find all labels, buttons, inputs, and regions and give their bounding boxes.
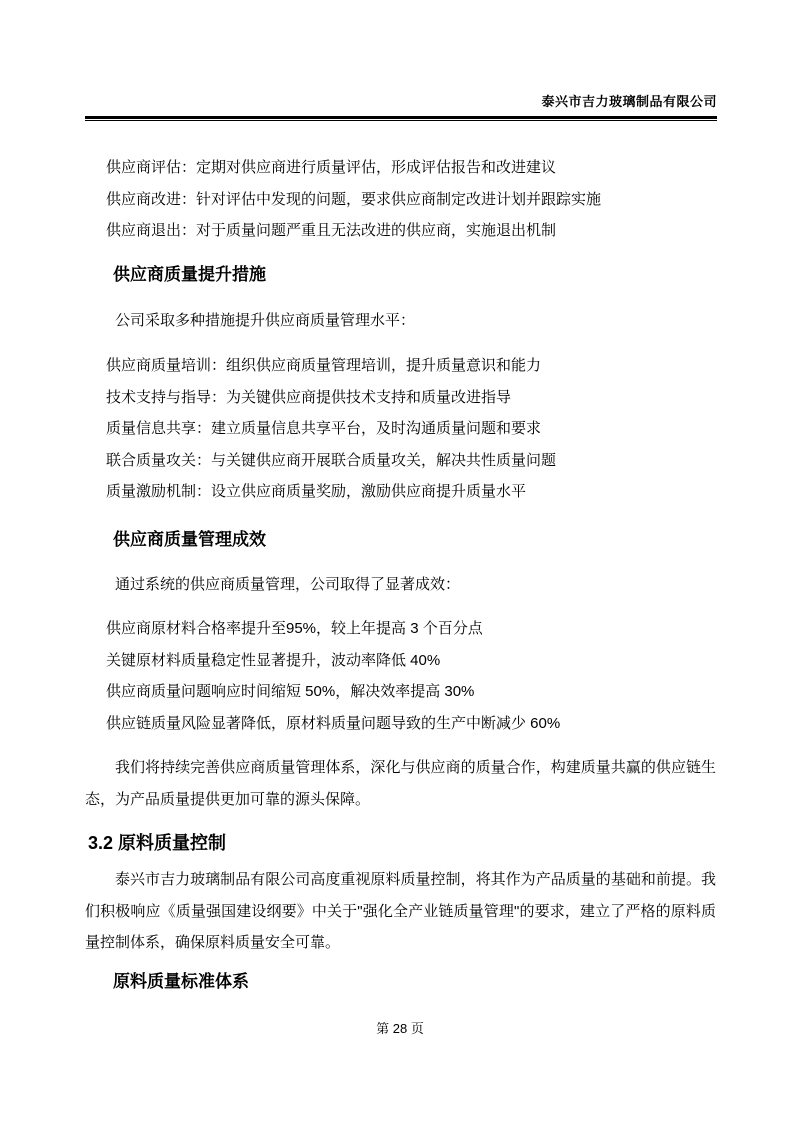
paragraph-section-3-2: 泰兴市吉力玻璃制品有限公司高度重视原料质量控制，将其作为产品质量的基础和前提。我… <box>85 864 716 959</box>
supplier-mechanism-list: 供应商评估：定期对供应商进行质量评估，形成评估报告和改进建议 供应商改进：针对评… <box>85 152 716 247</box>
list-item: 供应商改进：针对评估中发现的问题，要求供应商制定改进计划并跟踪实施 <box>85 184 716 216</box>
header-divider-rule-thin <box>85 120 717 121</box>
list-item: 供应商质量培训：组织供应商质量管理培训，提升质量意识和能力 <box>85 350 716 382</box>
list-item: 供应商质量问题响应时间缩短 50%，解决效率提高 30% <box>85 676 716 708</box>
improvement-measures-list: 供应商质量培训：组织供应商质量管理培训，提升质量意识和能力 技术支持与指导：为关… <box>85 350 716 508</box>
header-divider-rule <box>85 116 717 121</box>
heading-supplier-improvement: 供应商质量提升措施 <box>113 263 716 287</box>
heading-raw-material-standard: 原料质量标准体系 <box>113 970 716 994</box>
list-item: 技术支持与指导：为关键供应商提供技术支持和质量改进指导 <box>85 382 716 414</box>
document-body: 供应商评估：定期对供应商进行质量评估，形成评估报告和改进建议 供应商改进：针对评… <box>85 140 716 994</box>
paragraph-improvement-intro: 公司采取多种措施提升供应商质量管理水平： <box>85 305 716 337</box>
list-item: 质量信息共享：建立质量信息共享平台，及时沟通质量问题和要求 <box>85 413 716 445</box>
document-page: 泰兴市吉力玻璃制品有限公司 供应商评估：定期对供应商进行质量评估，形成评估报告和… <box>0 0 800 1131</box>
list-item: 供应商退出：对于质量问题严重且无法改进的供应商，实施退出机制 <box>85 215 716 247</box>
list-item: 质量激励机制：设立供应商质量奖励，激励供应商提升质量水平 <box>85 476 716 508</box>
list-item: 供应商原材料合格率提升至95%，较上年提高 3 个百分点 <box>85 613 716 645</box>
paragraph-results-intro: 通过系统的供应商质量管理，公司取得了显著成效： <box>85 569 716 601</box>
list-item: 联合质量攻关：与关键供应商开展联合质量攻关，解决共性质量问题 <box>85 445 716 477</box>
list-item: 供应商评估：定期对供应商进行质量评估，形成评估报告和改进建议 <box>85 152 716 184</box>
list-item: 关键原材料质量稳定性显著提升，波动率降低 40% <box>85 645 716 677</box>
paragraph-results-closing: 我们将持续完善供应商质量管理体系，深化与供应商的质量合作，构建质量共赢的供应链生… <box>85 752 716 815</box>
list-item: 供应链质量风险显著降低，原材料质量问题导致的生产中断减少 60% <box>85 708 716 740</box>
heading-section-3-2: 3.2 原料质量控制 <box>88 830 716 856</box>
page-header-company: 泰兴市吉力玻璃制品有限公司 <box>85 93 717 111</box>
page-number: 第 28 页 <box>0 1021 800 1037</box>
heading-supplier-results: 供应商质量管理成效 <box>113 528 716 552</box>
results-list: 供应商原材料合格率提升至95%，较上年提高 3 个百分点 关键原材料质量稳定性显… <box>85 613 716 739</box>
